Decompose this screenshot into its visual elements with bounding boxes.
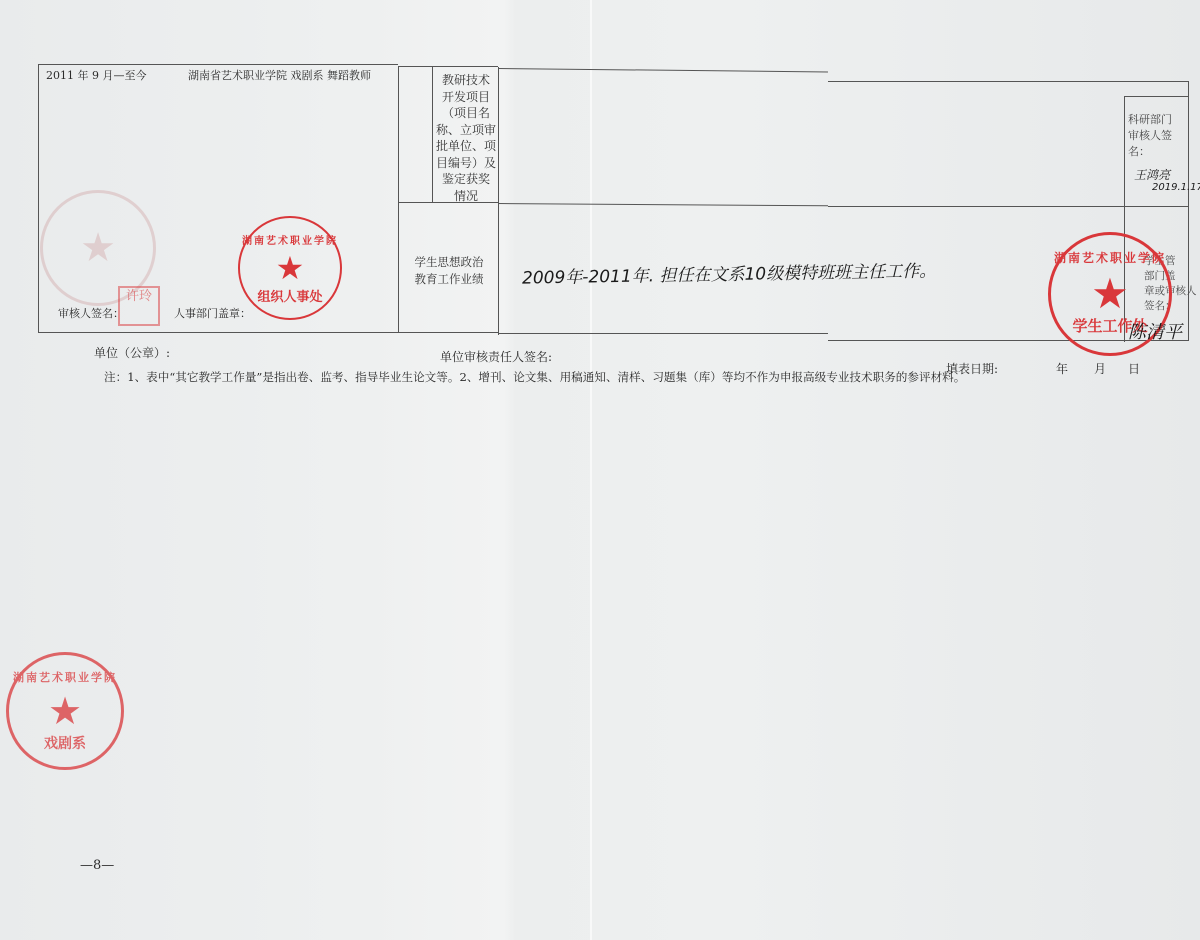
stamp-bottom-text: 戏剧系	[9, 733, 121, 753]
student-work-label: 学生思想政治 教育工作业绩	[400, 254, 498, 287]
employment-employer: 湖南省艺术职业学院 戏剧系 舞蹈教师	[188, 68, 371, 83]
label-line: 批单位、项	[434, 138, 498, 155]
label-line: 教育工作业绩	[400, 271, 498, 288]
page-fold	[590, 0, 592, 940]
research-projects-label: 教研技术 开发项目 （项目名 称、立项审 批单位、项 目编号）及 鉴定获奖 情况	[434, 72, 498, 204]
fill-date-month: 月	[1094, 362, 1106, 377]
label-line: 学生思想政治	[400, 254, 498, 271]
employment-period: 2011 年 9 月—至今	[46, 68, 146, 83]
stamp-arc-text: 湖南艺术职业学院	[1051, 249, 1169, 266]
footer-note: 注：1、表中“其它教学工作量”是指出卷、监考、指导毕业生论文等。2、增刊、论文集…	[104, 370, 965, 385]
stamp-arc-text: 湖南艺术职业学院	[240, 232, 340, 247]
star-icon: ★	[276, 252, 305, 284]
research-reviewer-label: 科研部门 审核人签 名：	[1128, 112, 1172, 160]
label-line: 目编号）及	[434, 155, 498, 172]
research-reviewer-signature: 王鸿亮	[1134, 166, 1170, 183]
page-number: —8—	[80, 858, 114, 873]
star-icon: ★	[1091, 273, 1129, 315]
student-work-content: 2009年-2011年. 担任在文系10级模特班班主任工作。	[522, 256, 936, 288]
label-line: 称、立项审	[434, 122, 498, 139]
star-icon: ★	[80, 228, 116, 268]
fill-date-day: 日	[1128, 362, 1140, 377]
research-reviewer-date: 2019.1.17.	[1152, 182, 1200, 193]
label-line: 情况	[434, 188, 498, 205]
star-icon: ★	[48, 692, 82, 730]
hr-seal-label: 人事部门盖章：	[174, 306, 251, 321]
unit-reviewer-label: 单位审核责任人签名:	[440, 350, 552, 365]
stamp-bottom-text: 组织人事处	[240, 286, 340, 305]
label-line: 教研技术	[434, 72, 498, 89]
reviewer-sign-label: 审核人签名：	[58, 306, 124, 321]
unit-seal-label: 单位（公章）:	[94, 346, 170, 361]
department-stamp: 湖南艺术职业学院 ★ 戏剧系	[6, 652, 124, 770]
fill-date-year: 年	[1056, 362, 1068, 377]
student-reviewer-signature: 陈清平	[1128, 318, 1182, 344]
label-line: 开发项目	[434, 89, 498, 106]
label-line: 名：	[1128, 144, 1172, 160]
label-line: 鉴定获奖	[434, 171, 498, 188]
personal-seal: 许玲	[118, 286, 160, 326]
label-line: （项目名	[434, 105, 498, 122]
label-line: 科研部门	[1128, 112, 1172, 128]
hr-stamp: 湖南艺术职业学院 ★ 组织人事处	[238, 216, 342, 320]
stamp-arc-text: 湖南艺术职业学院	[9, 669, 121, 685]
label-line: 审核人签	[1128, 128, 1172, 144]
